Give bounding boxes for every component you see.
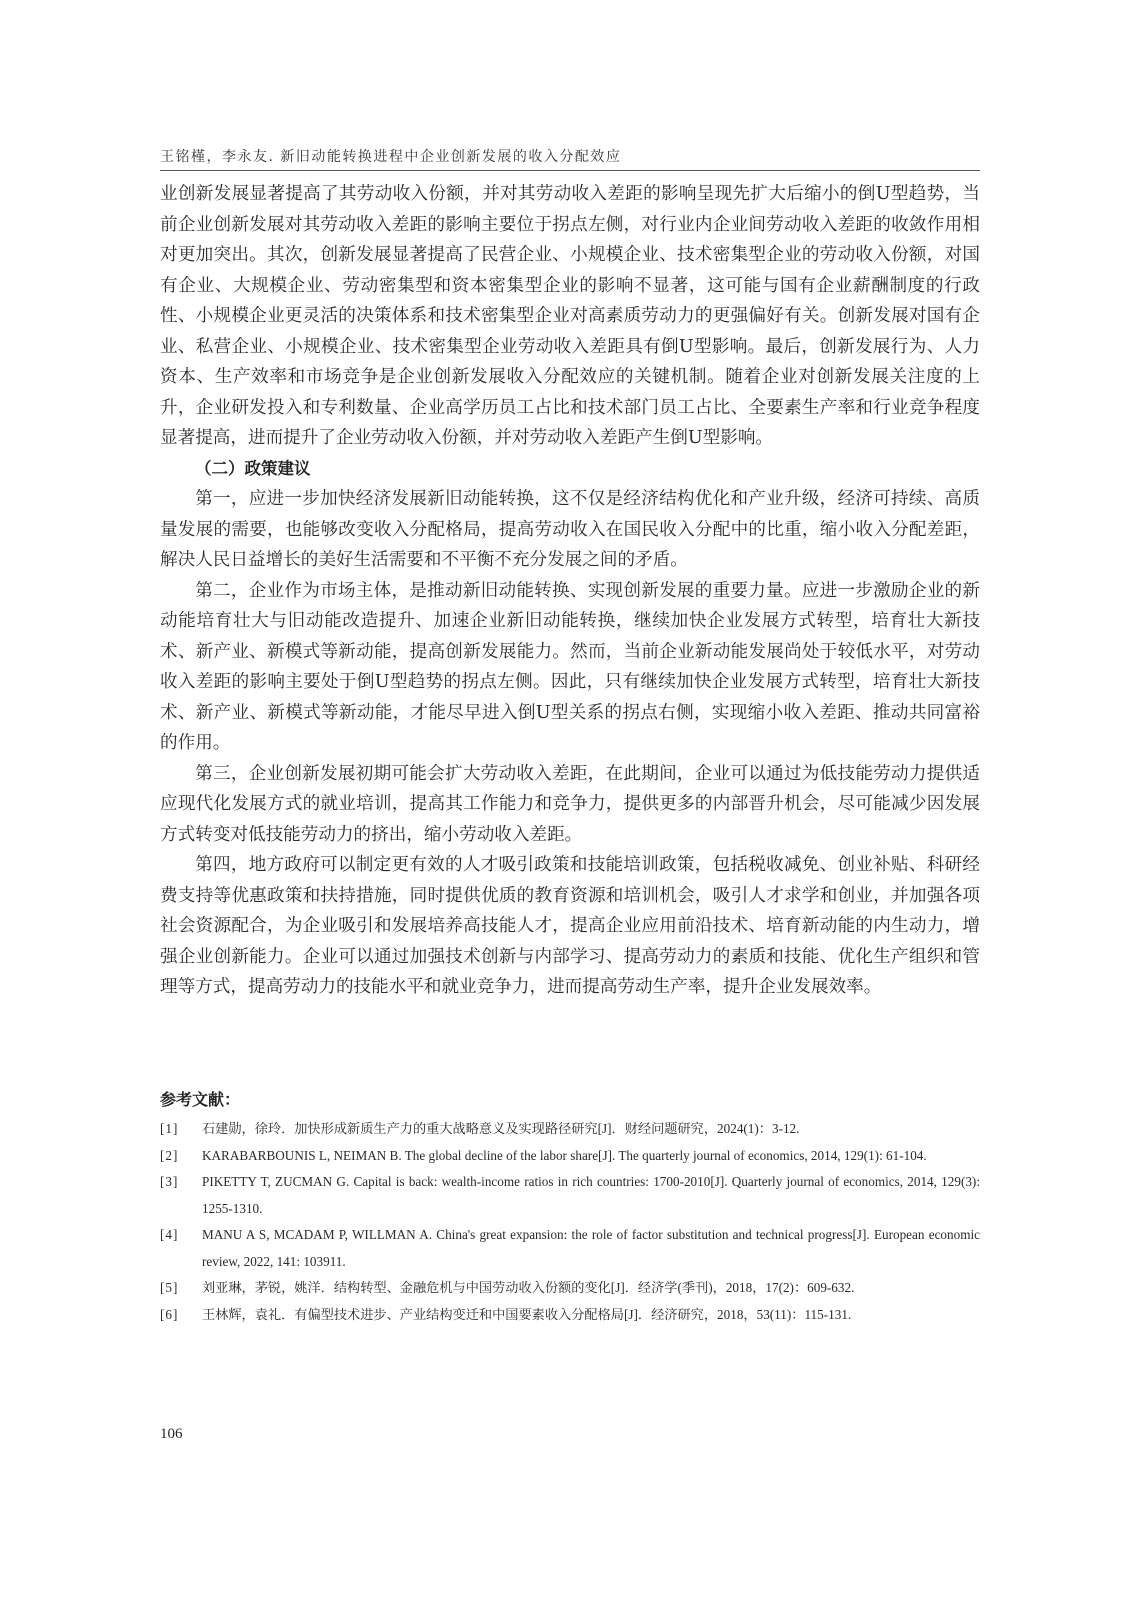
section-heading-policy-recommendations: （二）政策建议 (160, 454, 980, 485)
body-text: 业创新发展显著提高了其劳动收入份额，并对其劳动收入差距的影响呈现先扩大后缩小的倒… (160, 179, 980, 1003)
paragraph-policy-4: 第四，地方政府可以制定更有效的人才吸引政策和技能培训政策，包括税收减免、创业补贴… (160, 850, 980, 1003)
reference-item: [5] 刘亚琳，茅锐，姚洋．结构转型、金融危机与中国劳动收入份额的变化[J]．经… (160, 1275, 980, 1302)
reference-number: [1] (160, 1116, 202, 1143)
reference-item: [4] MANU A S, MCADAM P, WILLMAN A. China… (160, 1222, 980, 1275)
reference-item: [6] 王林辉，袁礼．有偏型技术进步、产业结构变迁和中国要素收入分配格局[J]．… (160, 1302, 980, 1329)
reference-number: [2] (160, 1143, 202, 1170)
reference-text: MANU A S, MCADAM P, WILLMAN A. China's g… (202, 1222, 980, 1275)
references-title: 参考文献： (160, 1087, 240, 1110)
reference-text: 刘亚琳，茅锐，姚洋．结构转型、金融危机与中国劳动收入份额的变化[J]．经济学(季… (202, 1275, 980, 1302)
reference-number: [6] (160, 1302, 202, 1329)
reference-text: PIKETTY T, ZUCMAN G. Capital is back: we… (202, 1169, 980, 1222)
reference-text: KARABARBOUNIS L, NEIMAN B. The global de… (202, 1143, 980, 1170)
header-rule (160, 170, 980, 171)
reference-item: [3] PIKETTY T, ZUCMAN G. Capital is back… (160, 1169, 980, 1222)
references-list: [1] 石建勋，徐玲．加快形成新质生产力的重大战略意义及实现路径研究[J]．财经… (160, 1116, 980, 1328)
reference-number: [4] (160, 1222, 202, 1275)
paragraph-policy-2: 第二，企业作为市场主体，是推动新旧动能转换、实现创新发展的重要力量。应进一步激励… (160, 576, 980, 759)
reference-item: [1] 石建勋，徐玲．加快形成新质生产力的重大战略意义及实现路径研究[J]．财经… (160, 1116, 980, 1143)
running-head: 王铭槿，李永友. 新旧动能转换进程中企业创新发展的收入分配效应 (160, 146, 980, 166)
paragraph-conclusion-continuation: 业创新发展显著提高了其劳动收入份额，并对其劳动收入差距的影响呈现先扩大后缩小的倒… (160, 179, 980, 454)
reference-number: [5] (160, 1275, 202, 1302)
reference-text: 王林辉，袁礼．有偏型技术进步、产业结构变迁和中国要素收入分配格局[J]．经济研究… (202, 1302, 980, 1329)
paragraph-policy-1: 第一，应进一步加快经济发展新旧动能转换，这不仅是经济结构优化和产业升级，经济可持… (160, 484, 980, 576)
page-number: 106 (160, 1426, 183, 1443)
paragraph-policy-3: 第三，企业创新发展初期可能会扩大劳动收入差距，在此期间，企业可以通过为低技能劳动… (160, 759, 980, 851)
reference-text: 石建勋，徐玲．加快形成新质生产力的重大战略意义及实现路径研究[J]．财经问题研究… (202, 1116, 980, 1143)
reference-number: [3] (160, 1169, 202, 1222)
reference-item: [2] KARABARBOUNIS L, NEIMAN B. The globa… (160, 1143, 980, 1170)
